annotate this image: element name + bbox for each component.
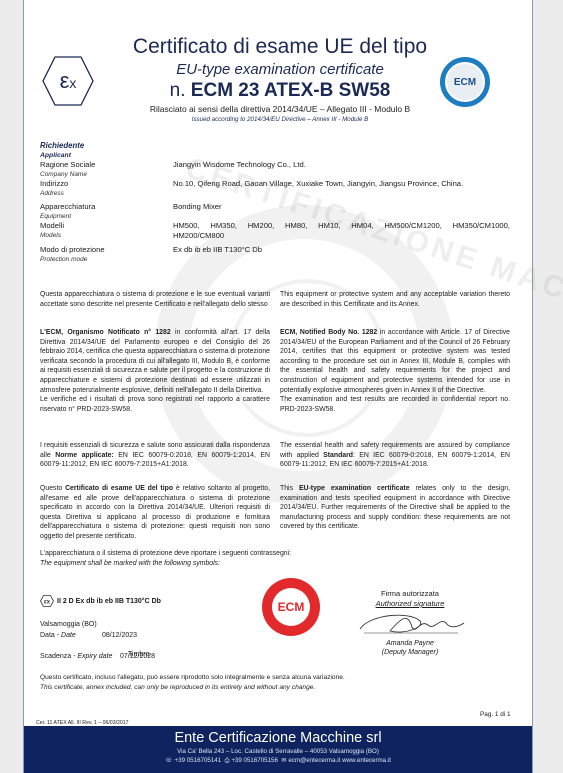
company-address: Via Ca' Bella 243 – Loc. Castello di Ser… <box>24 747 532 756</box>
field-address: IndirizzoAddress No.10, Qifeng Road, Gao… <box>40 179 510 198</box>
paragraph-en: This EU-type examination certificate rel… <box>280 484 510 542</box>
marking-intro: L'apparecchiatura o il sistema di protez… <box>40 549 510 568</box>
text: The examination and test results are rec… <box>280 396 510 413</box>
certificate-title-block: Certificato di esame UE del tipo EU-type… <box>80 34 480 124</box>
field-value: Jiangyin Wisdome Technology Co., Ltd. <box>173 160 510 179</box>
field-label-en: Models <box>40 231 173 240</box>
applicant-heading: Richiedente <box>40 141 510 151</box>
company-name: Ente Certificazione Macchine srl <box>24 729 532 747</box>
field-value: No.10, Qifeng Road, Gaoan Village, Xuxia… <box>173 179 510 198</box>
issue-date: 08/12/2023 <box>102 632 137 639</box>
bold-text: Certificato di esame UE del tipo <box>65 485 173 492</box>
applicant-heading-en: Applicant <box>40 151 510 160</box>
text: in accordance with Article. 17 of Direct… <box>280 329 510 394</box>
field-label: Ragione Sociale <box>40 160 173 170</box>
badge-text: ECM <box>445 62 485 102</box>
issue-place: Valsamoggia (BO) <box>40 620 155 631</box>
notice-it: Questo certificato, incluso l'allegato, … <box>40 673 345 683</box>
handwritten-signature-icon <box>350 609 470 639</box>
paragraph-en: ECM, Notified Body No. 1282 in accordanc… <box>280 328 510 414</box>
field-equipment: ApparecchiaturaEquipment Bonding Mixer <box>40 202 510 221</box>
svg-text:εx: εx <box>44 599 51 605</box>
issue-date-row: Data - Date08/12/2023 <box>40 631 155 642</box>
paragraph-it: I requisiti essenziali di sicurezza e sa… <box>40 441 270 470</box>
field-label-en: Address <box>40 189 173 198</box>
signature-label: Firma autorizzata <box>350 589 470 599</box>
reproduction-notice: Questo certificato, incluso l'allegato, … <box>40 673 345 692</box>
field-label-en: Company Name <box>40 170 173 179</box>
ex-hexagon-icon: εx <box>40 595 54 607</box>
page-number: Pag. 1 di 1 <box>480 711 511 718</box>
fax-icon: ⎙ <box>225 757 230 764</box>
field-label: Apparecchiatura <box>40 202 173 212</box>
paragraph-it: Questo Certificato di esame UE del tipo … <box>40 484 270 542</box>
phone-number: +39 0516705141 <box>175 757 222 764</box>
bold-text: Standard <box>323 452 353 459</box>
text: Le verifiche ed i risultati di prova son… <box>40 396 270 413</box>
stamp-label: Timbro <box>128 651 150 658</box>
expiry-label-en: Expiry date <box>77 653 112 660</box>
text: This <box>280 485 299 492</box>
signer-name: Amanda Payne <box>350 639 470 648</box>
company-contacts: ☏ +39 0516705141 ⎙ +39 0516705156 ✉ ecm@… <box>24 756 532 765</box>
field-protection-mode: Modo di protezioneProtection mode Ex db … <box>40 245 510 264</box>
issued-italian: Rilasciato ai sensi della direttiva 2014… <box>80 104 480 115</box>
field-value: Bonding Mixer <box>173 202 510 221</box>
field-label-en: Equipment <box>40 212 173 221</box>
paragraph-it: L'ECM, Organismo Notificato n° 1282 in c… <box>40 328 270 414</box>
marking-code: εx II 2 D Ex db ib eb IIB T130°C Db <box>40 595 161 607</box>
marking-code-text: II 2 D Ex db ib eb IIB T130°C Db <box>57 598 161 605</box>
website-link[interactable]: www.entecerma.it <box>342 757 391 764</box>
field-models: ModelliModels HM500, HM350, HM200, HM80,… <box>40 221 510 241</box>
expiry-label: Scadenza - <box>40 653 77 660</box>
number-value: ECM 23 ATEX-B SW58 <box>191 80 391 101</box>
ecm-red-stamp-icon: ECM <box>262 578 320 636</box>
signature-label-en: Authorized signature <box>350 599 470 609</box>
field-company: Ragione SocialeCompany Name Jiangyin Wis… <box>40 160 510 179</box>
certificate-number: n. ECM 23 ATEX-B SW58 <box>80 79 480 102</box>
fax-number: +39 0516705156 <box>231 757 278 764</box>
field-value: HM500, HM350, HM200, HM80, HM10, HM04, H… <box>173 221 510 241</box>
paragraph-en: This equipment or protective system and … <box>280 290 510 309</box>
phone-icon: ☏ <box>165 757 173 764</box>
stamp-text: ECM <box>272 588 310 626</box>
paragraph-it: Questa apparecchiatura o sistema di prot… <box>40 290 270 309</box>
marking-text-it: L'apparecchiatura o il sistema di protez… <box>40 549 510 559</box>
title-english: EU-type examination certificate <box>80 60 480 79</box>
marking-text-en: The equipment shall be marked with the f… <box>40 559 510 569</box>
paragraph-description: Questa apparecchiatura o sistema di prot… <box>40 290 510 309</box>
field-value: Ex db ib eb IIB T130°C Db <box>173 245 510 264</box>
email-link[interactable]: ecm@entecerma.it <box>288 757 340 764</box>
applicant-section: Richiedente Applicant Ragione SocialeCom… <box>40 141 510 264</box>
issued-english: Issued according to 2014/34/EU Directive… <box>80 115 480 124</box>
title-italian: Certificato di esame UE del tipo <box>80 34 480 59</box>
number-prefix: n. <box>170 80 186 101</box>
bold-text: ECM, Notified Body No. 1282 <box>280 329 377 336</box>
svg-text:εx: εx <box>60 68 77 93</box>
paragraph-scope: Questo Certificato di esame UE del tipo … <box>40 484 510 542</box>
bold-text: L'ECM, Organismo Notificato n° 1282 <box>40 329 171 336</box>
ecm-badge-logo-icon: ECM <box>440 57 490 107</box>
mail-icon: ✉ <box>281 757 286 764</box>
field-label: Indirizzo <box>40 179 173 189</box>
field-label: Modo di protezione <box>40 245 173 255</box>
paragraph-en: The essential health and safety requirem… <box>280 441 510 470</box>
company-footer: Ente Certificazione Macchine srl Via Ca'… <box>24 726 532 773</box>
signature-block: Firma autorizzata Authorized signature A… <box>350 589 470 657</box>
bold-text: EU-type examination certificate <box>299 485 410 492</box>
paragraph-notified-body: L'ECM, Organismo Notificato n° 1282 in c… <box>40 328 510 414</box>
bold-text: Norme applicate: <box>55 452 114 459</box>
date-label: Data - <box>40 632 61 639</box>
signer-role: (Deputy Manager) <box>350 648 470 657</box>
date-label-en: Date <box>61 632 76 639</box>
field-label: Modelli <box>40 221 173 231</box>
notice-en: This certificate, annex included, can on… <box>40 683 345 693</box>
text: è relativo soltanto al progetto, all'esa… <box>40 485 270 540</box>
text: in conformità all'art. 17 della Direttiv… <box>40 329 270 394</box>
field-label-en: Protection mode <box>40 255 173 264</box>
paragraph-standards: I requisiti essenziali di sicurezza e sa… <box>40 441 510 470</box>
text: Questo <box>40 485 65 492</box>
